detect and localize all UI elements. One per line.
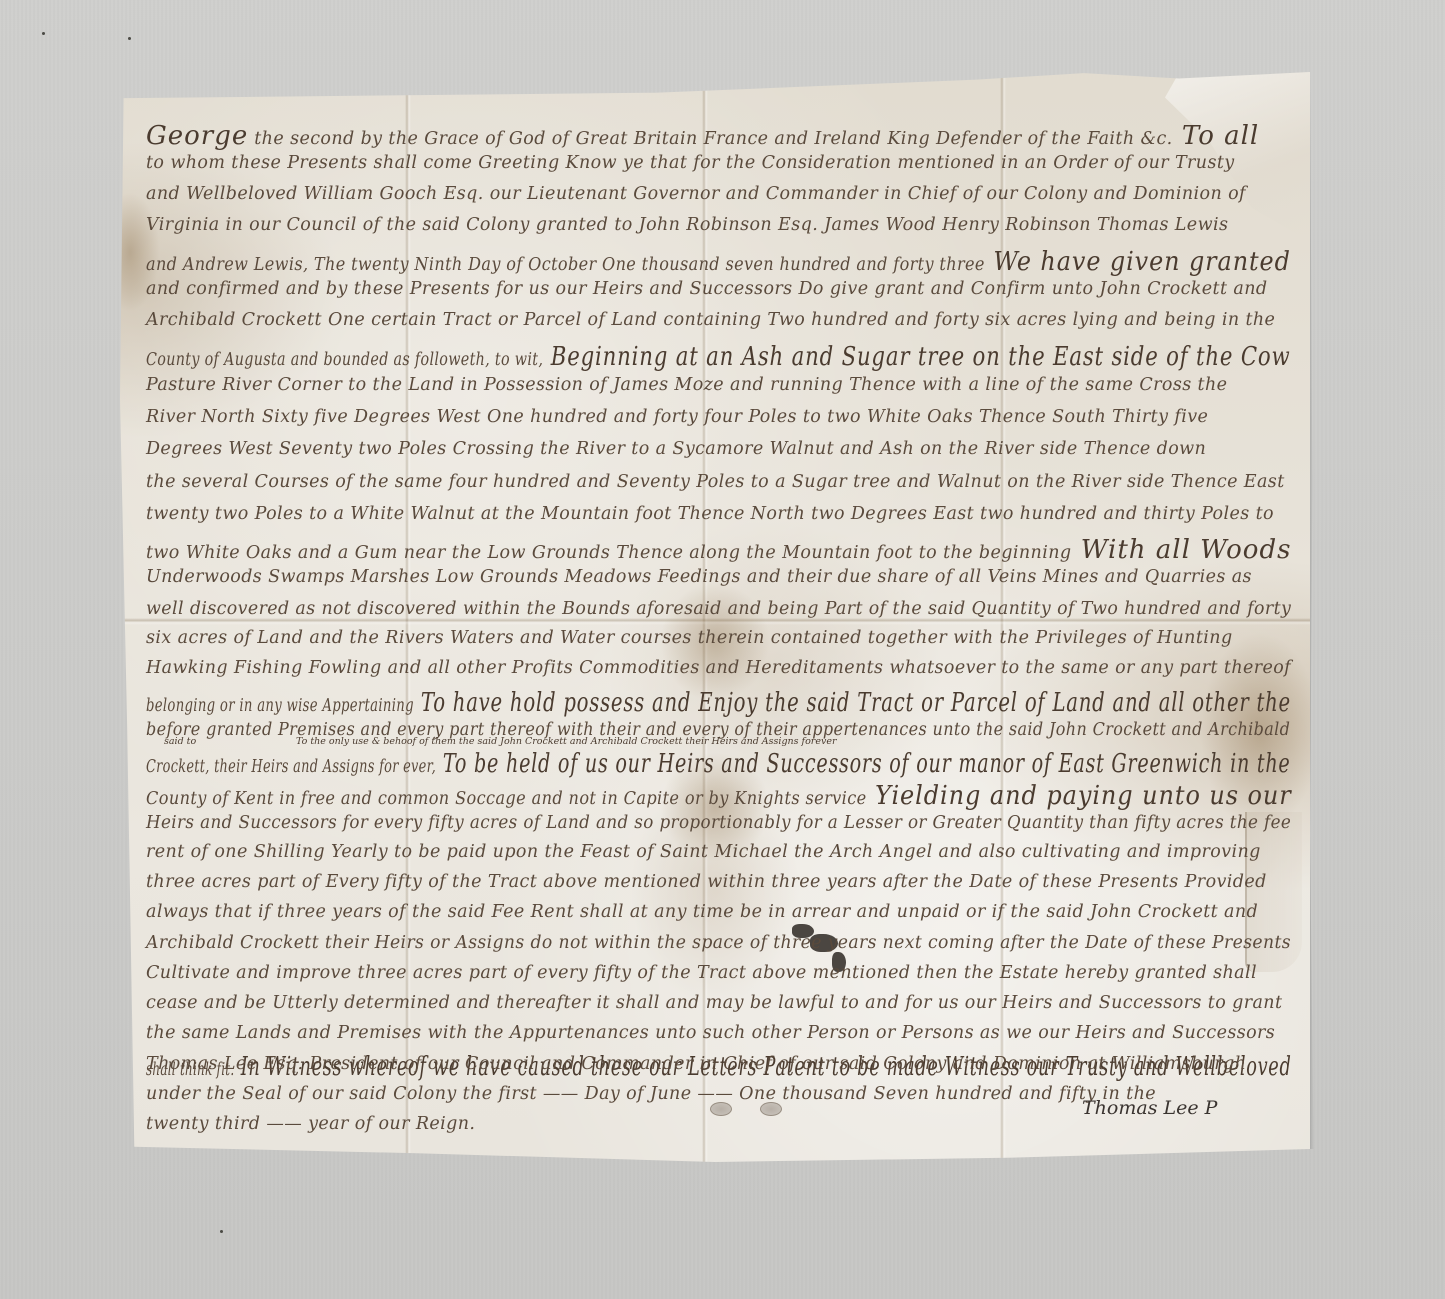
text-line: and confirmed and by these Presents for … — [146, 279, 1267, 299]
text-line: three acres part of Every fifty of the T… — [146, 872, 1267, 892]
text-line: to whom these Presents shall come Greeti… — [146, 153, 1235, 173]
text-line: belonging or in any wise Appertaining To… — [146, 688, 1291, 718]
text-line: River North Sixty five Degrees West One … — [146, 407, 1208, 427]
text-line: cease and be Utterly determined and ther… — [146, 993, 1282, 1013]
text-line: Hawking Fishing Fowling and all other Pr… — [146, 658, 1291, 678]
text-line: Archibald Crockett their Heirs or Assign… — [146, 933, 1291, 953]
text-line: rent of one Shilling Yearly to be paid u… — [146, 842, 1261, 862]
text-line: Pasture River Corner to the Land in Poss… — [146, 375, 1227, 395]
text-line: the several Courses of the same four hun… — [146, 472, 1285, 492]
text-line: always that if three years of the said F… — [146, 902, 1258, 922]
text-line: Crockett, their Heirs and Assigns for ev… — [146, 749, 1291, 779]
text-line: Virginia in our Council of the said Colo… — [146, 215, 1228, 235]
text-line: Degrees West Seventy two Poles Crossing … — [146, 439, 1206, 459]
text-line: two White Oaks and a Gum near the Low Gr… — [146, 535, 1291, 565]
text-line: Cultivate and improve three acres part o… — [146, 963, 1257, 983]
parchment-document: George the second by the Grace of God of… — [120, 72, 1310, 1162]
text-line: the same Lands and Premises with the App… — [146, 1023, 1275, 1043]
text-line: Thomas Lee Esq. President of our Council… — [146, 1054, 1246, 1074]
text-line: and Andrew Lewis, The twenty Ninth Day o… — [146, 247, 1291, 277]
text-line: twenty third —— year of our Reign. — [146, 1114, 475, 1134]
parchment-hole — [710, 1102, 732, 1116]
interlineation: said to — [164, 736, 196, 747]
text-line: well discovered as not discovered within… — [146, 599, 1291, 619]
text-line: six acres of Land and the Rivers Waters … — [146, 628, 1233, 648]
text-line: and Wellbeloved William Gooch Esq. our L… — [146, 184, 1246, 204]
backdrop-speck — [42, 32, 45, 35]
text-line: Underwoods Swamps Marshes Low Grounds Me… — [146, 567, 1252, 587]
parchment-hole — [760, 1102, 782, 1116]
backdrop-speck — [220, 1230, 223, 1233]
text-line: County of Kent in free and common Soccag… — [146, 781, 1292, 811]
text-line: County of Augusta and bounded as followe… — [146, 342, 1291, 372]
text-line: twenty two Poles to a White Walnut at th… — [146, 504, 1274, 524]
signature-thomas-lee: Thomas Lee P — [1082, 1097, 1217, 1119]
interlineation: To the only use & behoof of them the sai… — [296, 736, 836, 747]
text-line: Heirs and Successors for every fifty acr… — [146, 813, 1291, 833]
text-line: under the Seal of our said Colony the fi… — [146, 1084, 1156, 1104]
backdrop-speck — [128, 37, 131, 40]
text-line: Archibald Crockett One certain Tract or … — [146, 310, 1275, 330]
text-line: George the second by the Grace of God of… — [146, 121, 1259, 151]
